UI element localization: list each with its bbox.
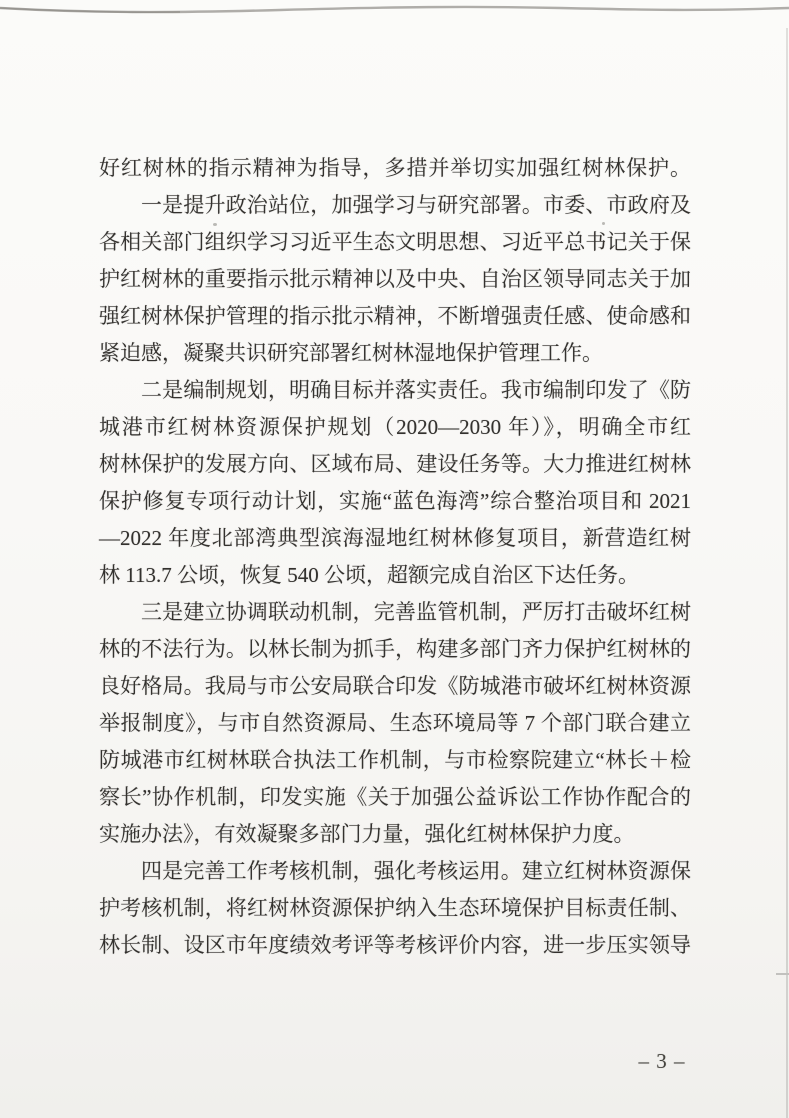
scan-edge-top [0, 0, 789, 20]
document-line: 一是提升政治站位，加强学习与研究部署。市委、市政府及 [99, 187, 691, 224]
document-line: 树林保护的发展方向、区域布局、建设任务等。大力推进红树林 [99, 446, 691, 483]
document-line: 城港市红树林资源保护规划（2020—2030 年）》，明确全市红 [99, 409, 691, 446]
document-line: 好红树林的指示精神为指导，多措并举切实加强红树林保护。 [99, 150, 691, 187]
scan-artifact-tick [776, 973, 789, 975]
page-number: – 3 – [617, 1046, 707, 1076]
document-line: 四是完善工作考核机制，强化考核运用。建立红树林资源保 [99, 853, 691, 890]
document-line: 三是建立协调联动机制，完善监管机制，严厉打击破坏红树 [99, 594, 691, 631]
document-line: 林长制、设区市年度绩效考评等考核评价内容，进一步压实领导 [99, 927, 691, 964]
document-line: 紧迫感，凝聚共识研究部署红树林湿地保护管理工作。 [99, 335, 691, 372]
document-line: 林的不法行为。以林长制为抓手，构建多部门齐力保护红树林的 [99, 631, 691, 668]
document-line: 实施办法》，有效凝聚多部门力量，强化红树林保护力度。 [99, 816, 691, 853]
document-line: 良好格局。我局与市公安局联合印发《防城港市破坏红树林资源 [99, 668, 691, 705]
scan-edge-right [786, 28, 788, 1118]
document-line: 察长”协作机制，印发实施《关于加强公益诉讼工作协作配合的 [99, 779, 691, 816]
document-line: —2022 年度北部湾典型滨海湿地红树林修复项目，新营造红树 [99, 520, 691, 557]
document-line: 护考核机制，将红树林资源保护纳入生态环境保护目标责任制、 [99, 890, 691, 927]
document-line: 各相关部门组织学习习近平生态文明思想、习近平总书记关于保 [99, 224, 691, 261]
document-line: 保护修复专项行动计划，实施“蓝色海湾”综合整治项目和 2021 [99, 483, 691, 520]
document-line: 举报制度》，与市自然资源局、生态环境局等 7 个部门联合建立 [99, 705, 691, 742]
document-line: 二是编制规划，明确目标并落实责任。我市编制印发了《防 [99, 372, 691, 409]
document-page: 好红树林的指示精神为指导，多措并举切实加强红树林保护。一是提升政治站位，加强学习… [0, 0, 789, 1118]
document-line: 林 113.7 公顷，恢复 540 公顷，超额完成自治区下达任务。 [99, 557, 691, 594]
document-line: 防城港市红树林联合执法工作机制，与市检察院建立“林长＋检 [99, 742, 691, 779]
document-line: 强红树林保护管理的指示批示精神，不断增强责任感、使命感和 [99, 298, 691, 335]
document-body: 好红树林的指示精神为指导，多措并举切实加强红树林保护。一是提升政治站位，加强学习… [99, 150, 691, 964]
document-line: 护红树林的重要指示批示精神以及中央、自治区领导同志关于加 [99, 261, 691, 298]
